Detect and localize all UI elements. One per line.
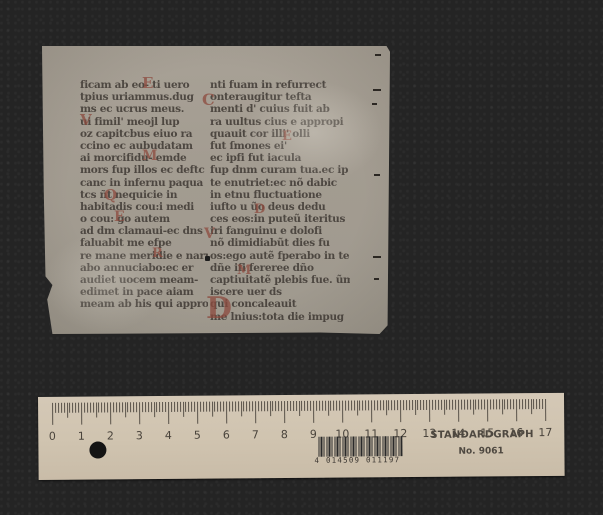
scale-label: 9 (310, 428, 317, 441)
tick-mark (415, 400, 416, 415)
scale-label: 1 (78, 430, 85, 443)
tick-mark (145, 402, 146, 412)
tick-mark (368, 400, 369, 410)
tick-mark (542, 399, 543, 409)
tick-mark (84, 403, 85, 413)
tick-mark (281, 401, 282, 411)
tick-mark (394, 400, 395, 410)
tick-mark (493, 399, 494, 409)
tick-mark (316, 401, 317, 411)
scale-label: 6 (223, 428, 230, 441)
tick-mark (473, 400, 474, 415)
tick-mark (406, 400, 407, 410)
tick-mark (67, 403, 68, 418)
tick-mark (255, 401, 256, 423)
manuscript-fragment: ficam ab eo- ti uero tpius uriammus.dug … (42, 46, 390, 334)
tick-mark (98, 403, 99, 413)
tick-mark (371, 400, 372, 422)
tick-mark (217, 402, 218, 412)
text-line: ces eos:in puteũ iteritus (210, 213, 350, 225)
tick-mark (101, 402, 102, 412)
tick-mark (125, 402, 126, 417)
tick-mark (113, 402, 114, 412)
tick-mark (412, 400, 413, 410)
barcode-number: 4 014509 011197 (314, 455, 400, 465)
text-line: te enutriet:ec nõ dabic (210, 177, 350, 189)
text-line: onteraugitur tefta (210, 91, 350, 103)
tick-mark (267, 401, 268, 411)
rubric-initial: E (142, 74, 153, 92)
tick-mark (287, 401, 288, 411)
tick-mark (304, 401, 305, 411)
tick-mark (272, 401, 273, 411)
tick-mark (258, 401, 259, 411)
tick-mark (313, 401, 314, 423)
tick-mark (449, 400, 450, 410)
tick-mark (386, 400, 387, 415)
rubric-initial: M (237, 263, 251, 278)
text-line: re mane meridie e narr (80, 250, 208, 262)
tick-mark (130, 402, 131, 412)
binding-mark (374, 174, 380, 176)
tick-mark (122, 402, 123, 412)
tick-mark (252, 401, 253, 411)
tick-mark (177, 402, 178, 412)
text-column-left: ficam ab eo- ti uero tpius uriammus.dug … (80, 79, 208, 311)
text-line: meam ab his qui appro (80, 298, 208, 310)
text-line: tpius uriammus.dug (80, 91, 208, 103)
tick-mark (64, 403, 65, 413)
text-line: nõ dimidiabũt dies fu (210, 237, 350, 249)
text-line: ec ipfi fut iacula (210, 152, 350, 164)
tick-mark (417, 400, 418, 410)
tick-mark (246, 401, 247, 411)
tick-mark (162, 402, 163, 412)
tick-mark (502, 399, 503, 414)
tick-mark (397, 400, 398, 410)
tick-mark (432, 400, 433, 410)
tick-mark (104, 402, 105, 412)
tick-mark (165, 402, 166, 412)
tick-mark (238, 401, 239, 411)
tick-mark (159, 402, 160, 412)
rubric-initial: M (142, 148, 158, 164)
rubric-initial: V (80, 111, 92, 129)
text-line: dñe ifi fereree dño (210, 262, 350, 274)
tick-mark (55, 403, 56, 413)
tick-mark (290, 401, 291, 411)
tick-mark (206, 402, 207, 412)
tick-mark (96, 403, 97, 418)
tick-mark (52, 403, 53, 425)
tick-mark (336, 401, 337, 411)
tick-mark (232, 401, 233, 411)
tick-mark (119, 402, 120, 412)
tick-mark (185, 402, 186, 412)
tick-mark (171, 402, 172, 412)
text-line: fup dnm curam tua.ec ip (210, 164, 350, 176)
tick-mark (278, 401, 279, 411)
tick-mark (293, 401, 294, 411)
scale-label: 2 (107, 429, 114, 442)
text-line: iri fanguinu e dolofi (210, 225, 350, 237)
tick-mark (264, 401, 265, 411)
tick-mark (139, 402, 140, 424)
text-line: iufto u ũo deus dedu (210, 201, 350, 213)
rubric-initial: E (282, 129, 292, 144)
tick-mark (209, 402, 210, 412)
rubric-initial-large: D (206, 294, 232, 324)
tick-mark (78, 403, 79, 413)
binding-mark (375, 54, 381, 56)
rubric-initial: R (152, 246, 163, 261)
tick-mark (478, 400, 479, 410)
tick-mark (499, 399, 500, 409)
tick-mark (110, 402, 111, 424)
tick-mark (148, 402, 149, 412)
rubric-initial: C (202, 90, 215, 109)
tick-mark (188, 402, 189, 412)
tick-mark (307, 401, 308, 411)
tick-mark (354, 401, 355, 411)
scale-label: 7 (252, 428, 259, 441)
tick-mark (365, 400, 366, 410)
tick-mark (270, 401, 271, 416)
tick-mark (235, 401, 236, 411)
tick-mark (441, 400, 442, 410)
text-line: audiet uocem meam- (80, 274, 208, 286)
tick-mark (301, 401, 302, 411)
tick-mark (351, 401, 352, 411)
text-line: ra uultus cius e appropi (210, 116, 350, 128)
tick-mark (507, 399, 508, 409)
tick-mark (426, 400, 427, 410)
tick-mark (243, 401, 244, 411)
tick-mark (194, 402, 195, 412)
tick-mark (322, 401, 323, 411)
tick-mark (475, 400, 476, 410)
binding-mark (373, 256, 381, 258)
tick-mark (461, 400, 462, 410)
text-line: oz capitcbus eiuo ra (80, 128, 208, 140)
tick-mark (212, 402, 213, 417)
tick-mark (452, 400, 453, 410)
tick-mark (87, 403, 88, 413)
tick-mark (226, 402, 227, 424)
scale-label: 0 (49, 430, 56, 443)
tick-mark (174, 402, 175, 412)
tick-mark (490, 399, 491, 409)
wormhole (205, 256, 210, 261)
tick-mark (223, 402, 224, 412)
tick-mark (409, 400, 410, 410)
ruler-model: No. 9061 (458, 446, 503, 456)
text-line: faluabit me efpe (80, 237, 208, 249)
tick-mark (203, 402, 204, 412)
tick-mark (536, 399, 537, 409)
tick-mark (330, 401, 331, 411)
tick-mark (81, 403, 82, 425)
text-line: captiuitatẽ plebis fue. ũm (210, 274, 350, 286)
tick-mark (339, 401, 340, 411)
tick-mark (333, 401, 334, 411)
tick-mark (220, 402, 221, 412)
scale-label: 4 (165, 429, 172, 442)
tick-mark (61, 403, 62, 413)
scale-label: 3 (136, 429, 143, 442)
scale-label: 17 (538, 426, 552, 439)
tick-mark (388, 400, 389, 410)
tick-mark (183, 402, 184, 417)
ruler-hanging-hole (89, 441, 106, 458)
tick-mark (519, 399, 520, 409)
tick-mark (93, 403, 94, 413)
text-line: edimet in pace aiam (80, 286, 208, 298)
text-line: o cou: go autem (80, 213, 208, 225)
binding-mark (372, 103, 377, 105)
text-line: canc in infernu paqua (80, 177, 208, 189)
tick-mark (455, 400, 456, 410)
tick-mark (136, 402, 137, 412)
tick-mark (357, 400, 358, 415)
tick-mark (444, 400, 445, 415)
tick-mark (75, 403, 76, 413)
tick-mark (342, 401, 343, 423)
tick-mark (180, 402, 181, 412)
ruler-brand: STANDARDGRAPH (430, 429, 533, 441)
tick-mark (191, 402, 192, 412)
text-line: tcs ñt nequicie in (80, 189, 208, 201)
tick-mark (400, 400, 401, 422)
tick-mark (391, 400, 392, 410)
tick-mark (359, 400, 360, 410)
tick-mark (310, 401, 311, 411)
tick-mark (539, 399, 540, 409)
ruler-scale-ticks (38, 393, 564, 427)
tick-mark (299, 401, 300, 416)
tick-mark (325, 401, 326, 411)
tick-mark (58, 403, 59, 413)
tick-mark (90, 403, 91, 413)
tick-mark (522, 399, 523, 409)
tick-mark (435, 400, 436, 410)
barcode (318, 436, 402, 457)
tick-mark (513, 399, 514, 409)
tick-mark (345, 401, 346, 411)
rubric-initial: Q (104, 186, 117, 204)
tick-mark (429, 400, 430, 422)
rubric-initial: E (114, 209, 125, 225)
tick-mark (69, 403, 70, 413)
tick-mark (510, 399, 511, 409)
tick-mark (154, 402, 155, 417)
tick-mark (72, 403, 73, 413)
text-line: menti d' cuius fuit ab (210, 103, 350, 115)
tick-mark (133, 402, 134, 412)
tick-mark (446, 400, 447, 410)
tick-mark (487, 399, 488, 421)
tick-mark (168, 402, 169, 424)
tick-mark (380, 400, 381, 410)
tick-mark (403, 400, 404, 410)
tick-mark (319, 401, 320, 411)
text-line: in etnu fluctuatione (210, 189, 350, 201)
tick-mark (296, 401, 297, 411)
tick-mark (116, 402, 117, 412)
text-line: abo annuciabo:ec er (80, 262, 208, 274)
tick-mark (525, 399, 526, 409)
tick-mark (249, 401, 250, 411)
tick-mark (142, 402, 143, 412)
scale-label: 5 (194, 429, 201, 442)
tick-mark (214, 402, 215, 412)
tick-mark (241, 401, 242, 416)
tick-mark (481, 400, 482, 410)
binding-mark (374, 278, 379, 280)
tick-mark (458, 400, 459, 422)
text-line: nti fuam in refurrect (210, 79, 350, 91)
tick-mark (377, 400, 378, 410)
text-line: ms ec ucrus meus. (80, 103, 208, 115)
reference-ruler: 0 1 2 3 4 5 6 7 8 9 10 11 12 13 14 15 16… (38, 393, 565, 480)
tick-mark (528, 399, 529, 409)
text-column-right: nti fuam in refurrect onteraugitur tefta… (210, 79, 350, 323)
tick-mark (545, 399, 546, 421)
binding-mark (373, 89, 381, 91)
tick-mark (275, 401, 276, 411)
tick-mark (531, 399, 532, 414)
tick-mark (470, 400, 471, 410)
tick-mark (107, 402, 108, 412)
tick-mark (464, 400, 465, 410)
text-line: fut ſmones ei' (210, 140, 350, 152)
tick-mark (127, 402, 128, 412)
rubric-initial: V (204, 226, 215, 242)
scale-label: 8 (281, 428, 288, 441)
text-line: os:ego autẽ fperabo in te (210, 250, 350, 262)
tick-mark (156, 402, 157, 412)
tick-mark (504, 399, 505, 409)
tick-mark (383, 400, 384, 410)
text-line: ui fimil' meojl lup (80, 116, 208, 128)
tick-mark (348, 401, 349, 411)
tick-mark (284, 401, 285, 423)
text-line: ad dm clamaui-ec dns (80, 225, 208, 237)
tick-mark (261, 401, 262, 411)
tick-mark (197, 402, 198, 424)
tick-mark (496, 399, 497, 409)
tick-mark (516, 399, 517, 421)
tick-mark (533, 399, 534, 409)
tick-mark (438, 400, 439, 410)
text-line: mors fup illos ec deftc (80, 164, 208, 176)
rubric-initial: D (254, 202, 265, 217)
tick-mark (374, 400, 375, 410)
tick-mark (200, 402, 201, 412)
tick-mark (420, 400, 421, 410)
text-line: habitadis cou:i medi (80, 201, 208, 213)
text-line: quauit cor illi' olli (210, 128, 350, 140)
tick-mark (229, 401, 230, 411)
tick-mark (151, 402, 152, 412)
tick-mark (362, 400, 363, 410)
tick-mark (484, 399, 485, 409)
tick-mark (423, 400, 424, 410)
tick-mark (328, 401, 329, 416)
tick-mark (467, 400, 468, 410)
